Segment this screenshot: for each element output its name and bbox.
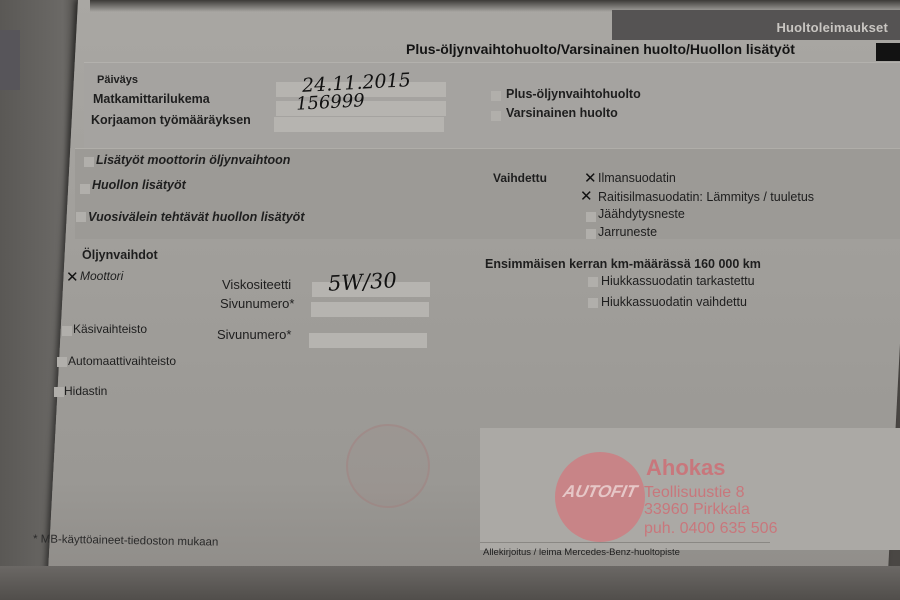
title-marker [876,43,900,61]
retarder-label: Hidastin [64,384,107,398]
odometer-handwritten: 156999 [295,90,365,115]
air-filter-label: Ilmansuodatin [598,171,676,185]
page-bottom-edge [0,566,900,600]
replaced-heading: Vaihdettu [493,171,547,185]
page-number-field-1[interactable] [311,302,429,317]
manual-gearbox-label: Käsivaihteisto [73,322,147,336]
signature-line [480,542,770,543]
viscosity-handwritten: 5W/30 [327,268,397,296]
engine-oil-checkbox[interactable] [68,274,78,284]
stamp-city: 33960 Pirkkala [644,501,750,519]
stamp-street: Teollisuustie 8 [644,484,745,502]
stamp-phone: puh. 0400 635 506 [644,520,777,538]
manual-gearbox-checkbox[interactable] [62,326,72,336]
extra-engine-oil-checkbox[interactable] [84,157,94,167]
brake-fluid-label: Jarruneste [598,225,657,239]
viscosity-label: Viskositeetti [222,277,291,292]
main-service-checkbox[interactable] [491,111,501,121]
extra-engine-oil-label: Lisätyöt moottorin öljynvaihtoon [96,153,290,167]
work-order-label: Korjaamon työmääräyksen [91,113,251,127]
page-number-label-2: Sivunumero* [217,327,291,342]
stamp-caption: Allekirjoitus / leima Mercedes-Benz-huol… [483,547,680,558]
automatic-gearbox-label: Automaattivaihteisto [68,354,176,368]
extra-service-label: Huollon lisätyöt [92,178,186,192]
cabin-filter-checkbox[interactable] [582,193,592,203]
cabin-filter-label: Raitisilmasuodatin: Lämmitys / tuuletus [598,190,814,204]
page-number-field-2[interactable] [309,333,427,348]
extra-service-checkbox[interactable] [80,184,90,194]
section-tab-label: Huoltoleimaukset [776,20,888,35]
particle-filter-checked-label: Hiukkassuodatin tarkastettu [601,274,755,288]
plus-oil-service-label: Plus-öljynvaihtohuolto [506,87,641,101]
section-tab: Huoltoleimaukset [612,10,900,40]
page-number-label-1: Sivunumero* [220,296,294,311]
service-record-page: Huoltoleimaukset Plus-öljynvaihtohuolto/… [0,0,900,600]
automatic-gearbox-checkbox[interactable] [57,357,67,367]
main-service-label: Varsinainen huolto [506,106,618,120]
engine-oil-label: Moottori [80,269,123,283]
footnote: * MB-käyttöaineet-tiedoston mukaan [33,533,219,548]
coolant-checkbox[interactable] [586,212,596,222]
particle-filter-replaced-checkbox[interactable] [588,298,598,308]
retarder-checkbox[interactable] [54,387,64,397]
oil-changes-heading: Öljynvaihdot [82,248,158,262]
annual-extra-checkbox[interactable] [76,212,86,222]
particle-filter-heading: Ensimmäisen kerran km-määrässä 160 000 k… [485,257,761,271]
air-filter-checkbox[interactable] [586,175,596,185]
odometer-label: Matkamittarilukema [93,92,210,106]
stamp-logo-text: AUTOFIT [552,482,648,502]
plus-oil-service-checkbox[interactable] [491,91,501,101]
annual-extra-label: Vuosivälein tehtävät huollon lisätyöt [88,210,304,224]
brake-fluid-checkbox[interactable] [586,229,596,239]
coolant-label: Jäähdytysneste [598,207,685,221]
page-title: Plus-öljynvaihtohuolto/Varsinainen huolt… [406,41,795,57]
bleed-through-stamp-circle [346,424,430,508]
date-label: Päiväys [97,74,138,86]
work-order-field[interactable] [274,117,444,132]
stamp-business-name: Ahokas [646,455,725,481]
particle-filter-checked-checkbox[interactable] [588,277,598,287]
particle-filter-replaced-label: Hiukkassuodatin vaihdettu [601,295,747,309]
